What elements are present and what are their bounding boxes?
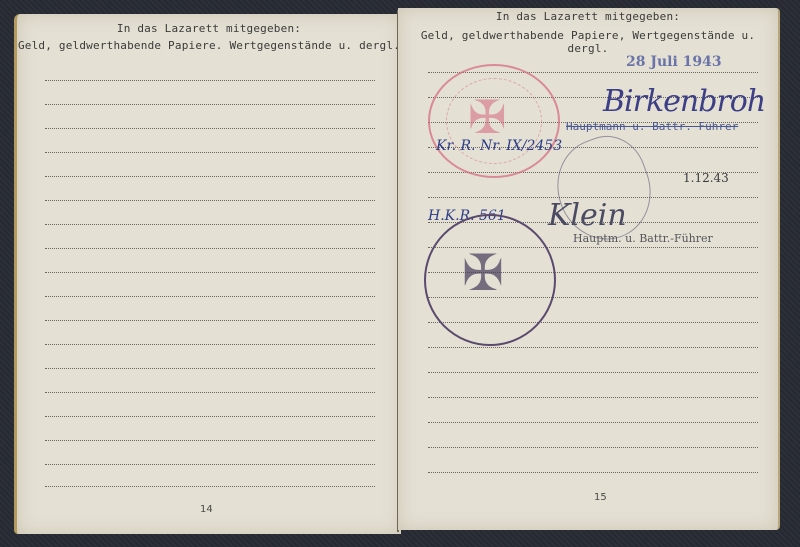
ruled-line <box>45 152 375 153</box>
ruled-line <box>45 464 375 465</box>
left-heading-line2: Geld, geldwerthabende Papiere. Wertgegen… <box>17 39 401 52</box>
ruled-line <box>45 224 375 225</box>
ruled-line <box>45 176 375 177</box>
ruled-line <box>45 344 375 345</box>
eagle-seal-icon: ✠ <box>468 90 507 144</box>
signature-1: Birkenbroh <box>603 84 765 119</box>
ruled-line <box>45 80 375 81</box>
ruled-line <box>45 416 375 417</box>
ruled-line <box>428 347 758 348</box>
ruled-line <box>45 272 375 273</box>
page-number-right: 15 <box>594 492 607 503</box>
right-heading-line2: Geld, geldwerthabende Papiere, Wertgegen… <box>398 29 778 55</box>
ruled-line <box>45 486 375 487</box>
right-heading-line1: In das Lazarett mitgegeben: <box>398 10 778 23</box>
ruled-line <box>428 447 758 448</box>
page-number-left: 14 <box>200 504 213 515</box>
eagle-swastika-seal-icon: ✠ <box>462 244 504 302</box>
rank-title-stamp-2: Hauptm. u. Battr.-Führer <box>573 232 713 245</box>
ruled-line <box>45 368 375 369</box>
date-entry-2: 1.12.43 <box>683 171 729 185</box>
ruled-line <box>428 472 758 473</box>
ruled-line <box>428 397 758 398</box>
ruled-line <box>45 248 375 249</box>
signature-2: Klein <box>548 198 627 233</box>
ruled-line <box>45 440 375 441</box>
date-stamp: 28 Juli 1943 <box>626 54 722 70</box>
rank-title-stamp-1: Hauptmann u. Battr. Führer <box>566 120 738 133</box>
ruled-line <box>45 296 375 297</box>
left-page: In das Lazarett mitgegeben: Geld, geldwe… <box>14 14 401 534</box>
ruled-line <box>45 200 375 201</box>
purple-eagle-stamp: ✠ <box>424 214 556 346</box>
ruled-line <box>428 422 758 423</box>
ruled-line <box>428 372 758 373</box>
red-eagle-stamp: ✠ <box>428 64 560 178</box>
reference-number-1: Kr. R. Nr. IX/2453 <box>436 138 562 154</box>
ruled-line <box>45 128 375 129</box>
ruled-line <box>45 320 375 321</box>
right-page: In das Lazarett mitgegeben: Geld, geldwe… <box>398 8 780 530</box>
left-heading-line1: In das Lazarett mitgegeben: <box>17 22 401 35</box>
ruled-line <box>45 392 375 393</box>
ruled-line <box>45 104 375 105</box>
